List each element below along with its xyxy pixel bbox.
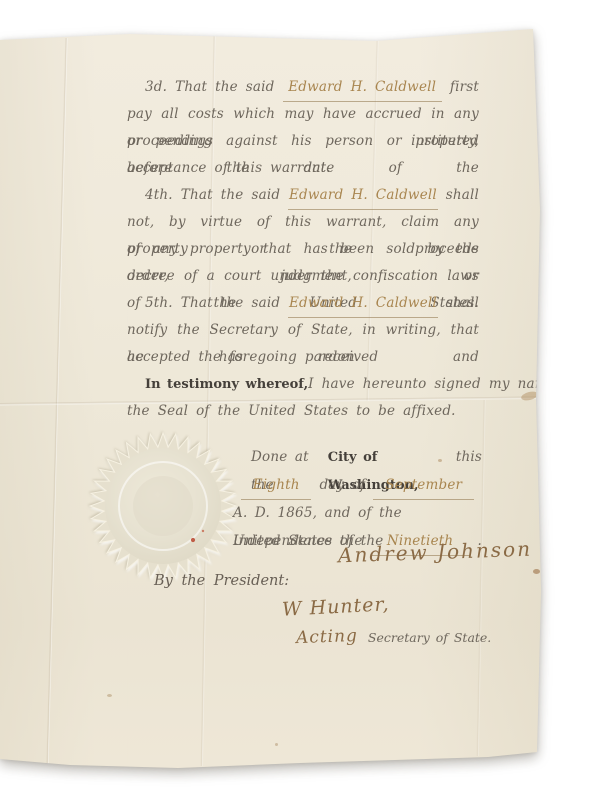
document-line: notify the Secretary of State, in writin…	[127, 317, 479, 344]
document-photo: 3d. That the said Edward H. Caldwell fir…	[0, 0, 600, 800]
foxing-speck	[107, 694, 112, 697]
by-the-president-label: By the President:	[154, 573, 289, 589]
printed-text: shall	[446, 290, 479, 317]
printed-text: shall	[446, 182, 479, 209]
date-line: Eighth day of September	[233, 471, 482, 499]
embossed-paper-seal	[88, 430, 238, 582]
document-line: pay all costs which may have accrued in …	[127, 101, 479, 128]
signature-w-hunter: W Hunter,	[281, 593, 390, 621]
foxing-speck	[533, 569, 540, 574]
document-line: 5th. That the said Edward H. Caldwell sh…	[127, 290, 479, 317]
printed-text: this	[456, 443, 482, 471]
blackletter-text: In testimony whereof,	[127, 371, 308, 398]
printed-text: I have hereunto signed my name and cause…	[308, 371, 600, 398]
paper-sheet: 3d. That the said Edward H. Caldwell fir…	[0, 0, 600, 800]
printed-text: 4th. That the said	[127, 182, 280, 209]
handwritten-acting: Acting	[296, 626, 359, 648]
printed-text: 3d. That the said	[127, 74, 275, 101]
seal-red-speck	[202, 530, 204, 532]
foxing-speck	[275, 743, 278, 746]
seal-red-speck	[191, 538, 195, 542]
document-line: In testimony whereof, I have hereunto si…	[127, 371, 479, 398]
handwritten-name: Edward H. Caldwell	[288, 290, 437, 318]
document-line: decree of a court under the confiscation…	[127, 263, 479, 290]
document-line: not, by virtue of this warrant, claim an…	[127, 209, 479, 236]
document-line: of any property that has been sold by th…	[127, 236, 479, 263]
handwritten-date: Eighth	[241, 471, 311, 500]
date-block: Done at the City of Washington, this Eig…	[233, 443, 482, 555]
document-line: 4th. That the said Edward H. Caldwell sh…	[127, 182, 479, 209]
secretary-attestation: Acting Secretary of State.	[296, 627, 491, 647]
document-line: 3d. That the said Edward H. Caldwell fir…	[127, 74, 479, 101]
handwritten-name: Edward H. Caldwell	[283, 74, 442, 102]
document-body-text: 3d. That the said Edward H. Caldwell fir…	[127, 74, 479, 425]
handwritten-name: Edward H. Caldwell	[288, 182, 437, 210]
printed-text: 5th. That the said	[127, 290, 280, 317]
secretary-of-state-label: Secretary of State.	[368, 630, 491, 645]
printed-text: day of	[319, 471, 365, 499]
date-line: A. D. 1865, and of the Independence of t…	[233, 499, 482, 527]
date-line: Done at the City of Washington, this	[233, 443, 482, 471]
printed-text: first	[450, 74, 479, 101]
document-line: the Seal of the United States to be affi…	[127, 398, 479, 425]
seal-center-impression	[133, 476, 193, 536]
handwritten-date: September	[373, 471, 474, 500]
document-line: or pending against his person or propert…	[127, 128, 479, 155]
